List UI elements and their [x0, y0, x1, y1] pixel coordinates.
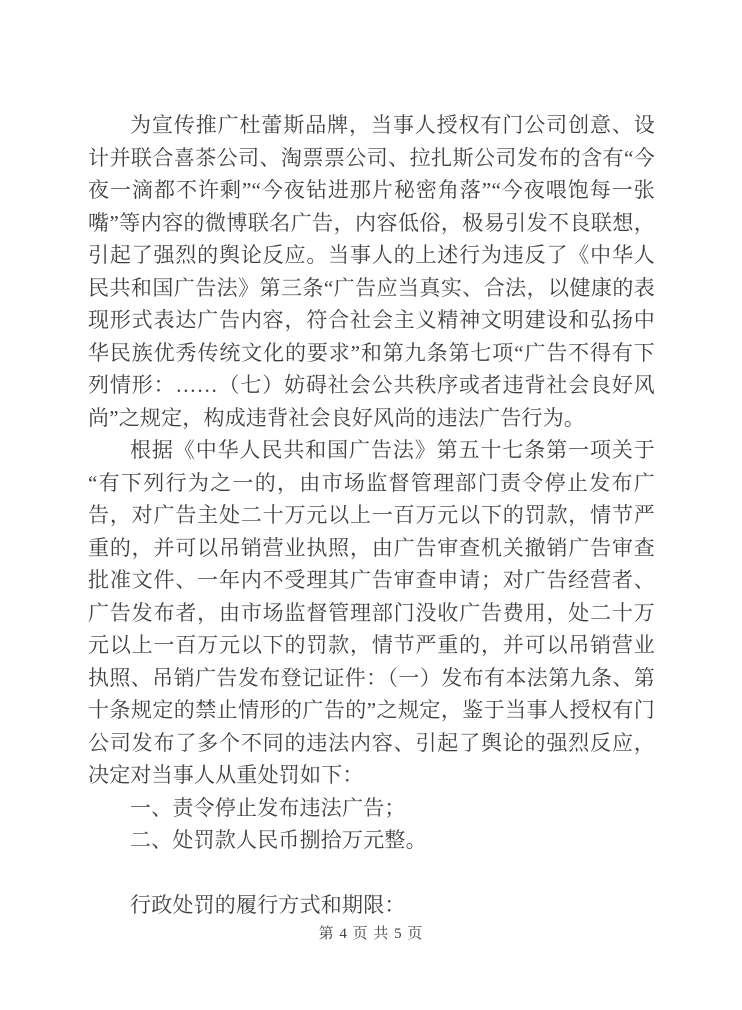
decision-item-2: 二、处罚款人民币捌拾万元整。 [88, 824, 655, 857]
document-body: 为宣传推广杜蕾斯品牌，当事人授权有门公司创意、设计并联合喜茶公司、淘票票公司、拉… [88, 109, 655, 922]
paragraph-violation-facts: 为宣传推广杜蕾斯品牌，当事人授权有门公司创意、设计并联合喜茶公司、淘票票公司、拉… [88, 109, 655, 434]
section-heading-enforcement: 行政处罚的履行方式和期限： [88, 889, 655, 922]
paragraph-legal-basis: 根据《中华人民共和国广告法》第五十七条第一项关于“有下列行为之一的，由市场监督管… [88, 434, 655, 792]
document-page: 为宣传推广杜蕾斯品牌，当事人授权有门公司创意、设计并联合喜茶公司、淘票票公司、拉… [0, 0, 742, 1010]
page-number-footer: 第 4 页 共 5 页 [0, 922, 742, 946]
decision-item-1: 一、责令停止发布违法广告； [88, 792, 655, 825]
